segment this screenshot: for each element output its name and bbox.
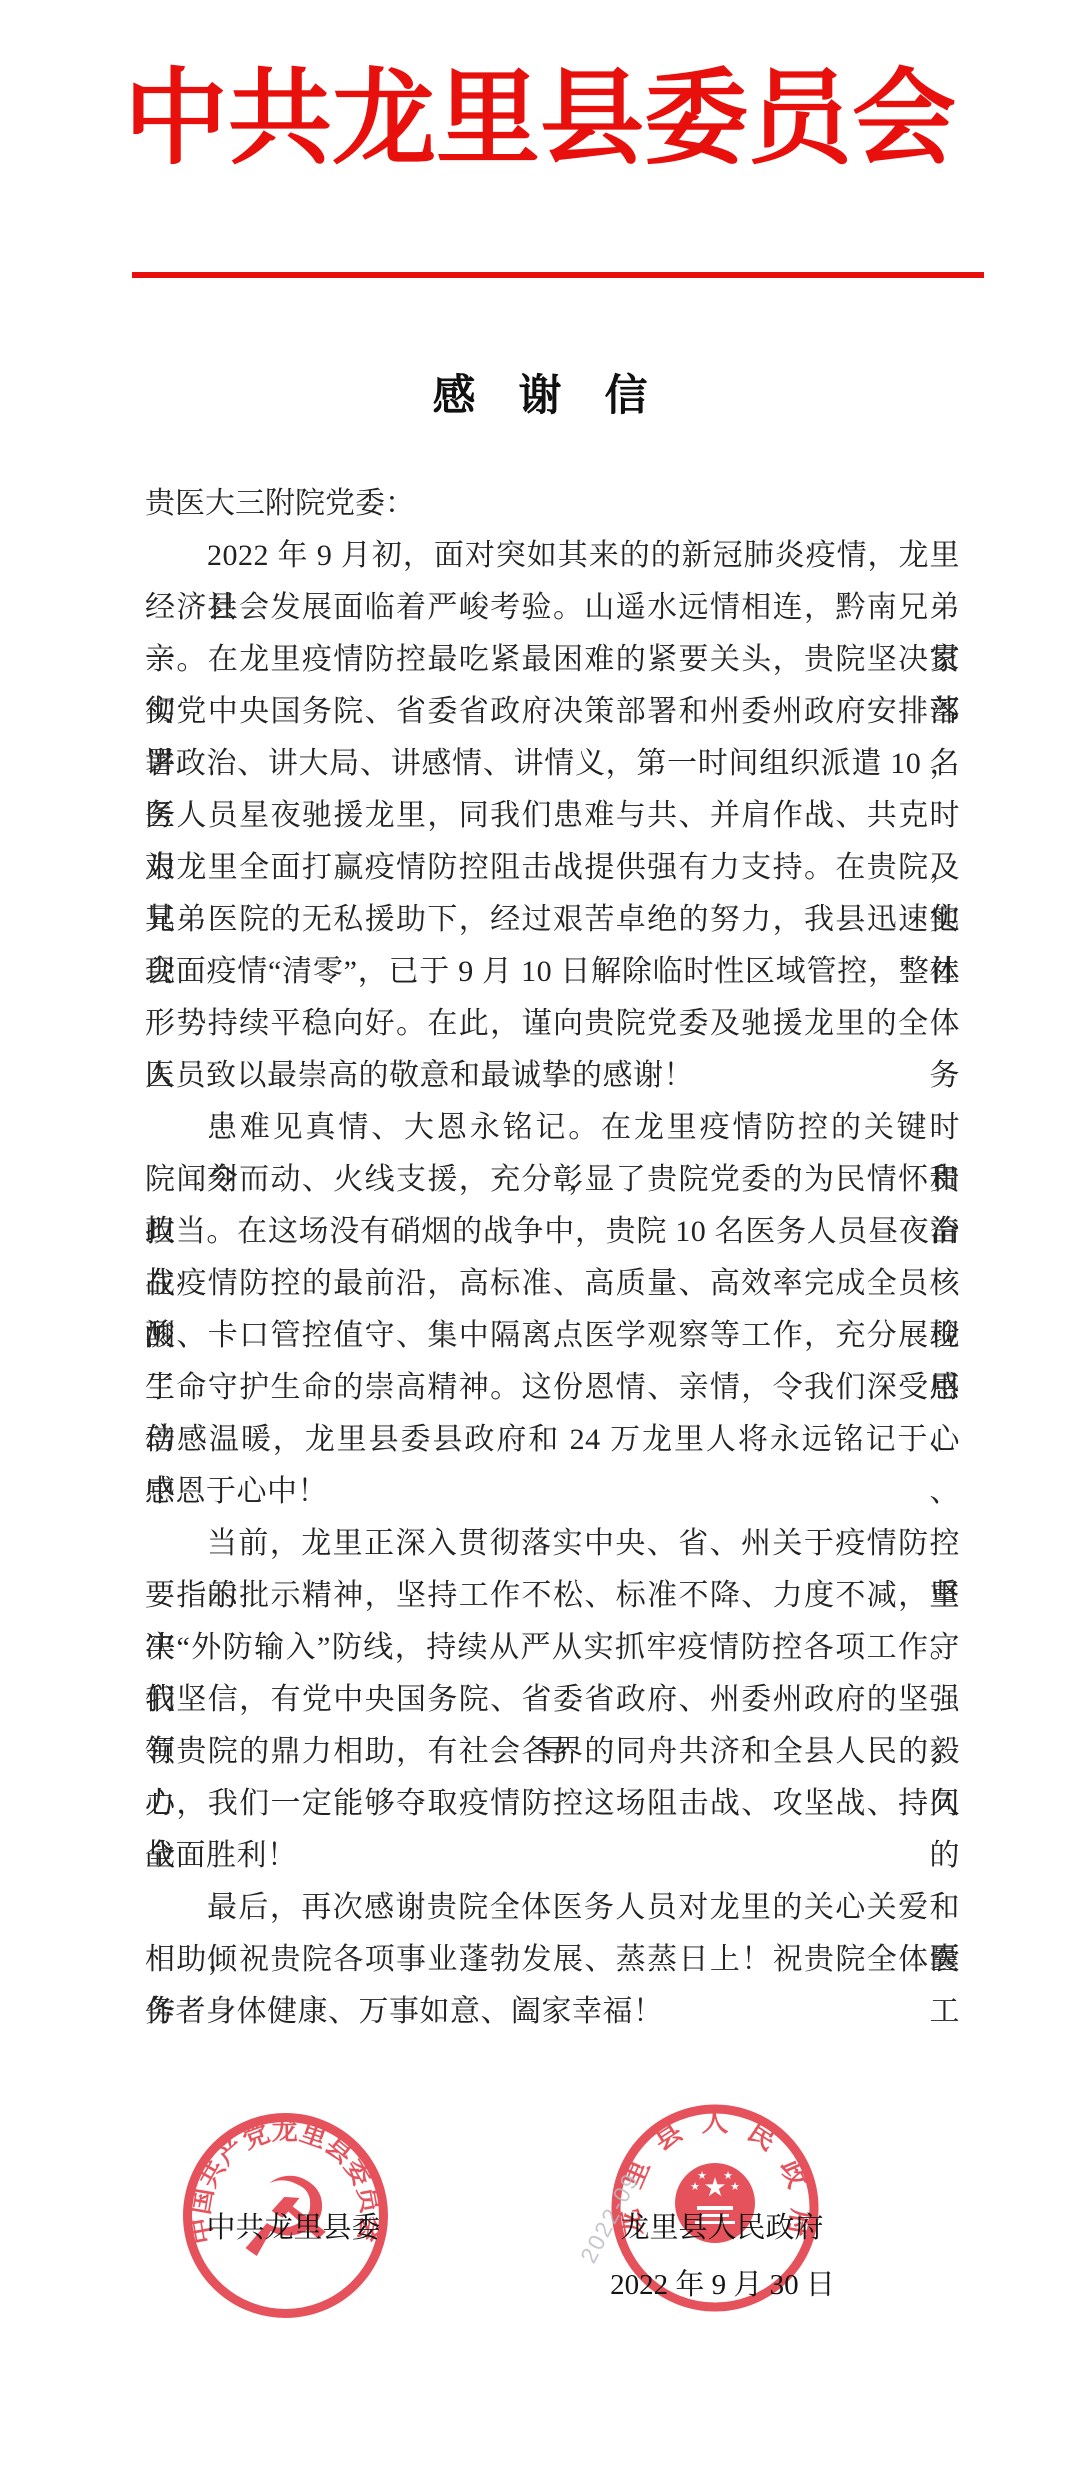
body-line: 生命守护生命的崇高精神。这份恩情、亲情，令我们深受感动、 [145, 1362, 960, 1414]
svg-text:★: ★ [730, 2180, 740, 2193]
body-line: 亲。在龙里疫情防控最吃紧最困难的紧要关头，贵院坚决贯彻落 [145, 634, 960, 686]
body-line: 2022 年 9 月初，面对突如其来的的新冠肺炎疫情，龙里县 [145, 530, 960, 582]
body-line: 形势持续平稳向好。在此，谨向贵院党委及驰援龙里的全体医务 [145, 998, 960, 1050]
body-line: 患难见真情、大恩永铭记。在龙里疫情防控的关键时刻，贵 [145, 1102, 960, 1154]
letterhead-divider-rule [132, 272, 984, 278]
body-line: 有贵院的鼎力相助，有社会各界的同舟共济和全县人民的毅力同 [145, 1726, 960, 1778]
body-line: 测、卡口管控值守、集中隔离点医学观察等工作，充分展现了用 [145, 1310, 960, 1362]
body-line: 会面疫情“清零”，已于 9 月 10 日解除临时性区域管控，整体 [145, 946, 960, 998]
body-line: 要指示批示精神，坚持工作不松、标准不降、力度不减，坚决守 [145, 1570, 960, 1622]
body-line: 牢“外防输入”防线，持续从严从实抓牢疫情防控各项工作。我 [145, 1622, 960, 1674]
body-line: 最后，再次感谢贵院全体医务人员对龙里的关心关爱和倾囊 [145, 1882, 960, 1934]
letter-body: 2022 年 9 月初，面对突如其来的的新冠肺炎疫情，龙里县 经济社会发展面临着… [145, 530, 960, 2038]
body-line: 务人员星夜驰援龙里，同我们患难与共、并肩作战、共克时艰， [145, 790, 960, 842]
body-line: 心，我们一定能够夺取疫情防控这场阻击战、攻坚战、持久战的 [145, 1778, 960, 1830]
body-line: 当前，龙里正深入贯彻落实中央、省、州关于疫情防控的重 [145, 1518, 960, 1570]
signature-date: 2022 年 9 月 30 日 [605, 2268, 840, 2302]
svg-text:★: ★ [697, 2169, 707, 2182]
body-line: 们坚信，有党中央国务院、省委省政府、州委州政府的坚强领导， [145, 1674, 960, 1726]
letter-title: 感 谢 信 [0, 362, 1080, 423]
body-line: 在疫情防控的最前沿，高标准、高质量、高效率完成全员核酸检 [145, 1258, 960, 1310]
body-line: 为龙里全面打赢疫情防控阻击战提供强有力支持。在贵院及其他 [145, 842, 960, 894]
letterhead-org-name: 中共龙里县委员会 [0, 52, 1080, 188]
body-line: 讲政治、讲大局、讲感情、讲情义，第一时间组织派遣 10 名医 [145, 738, 960, 790]
government-signature: 龙里县人民政府 [612, 2211, 832, 2245]
body-line: 倍感温暖，龙里县委县政府和 24 万龙里人将永远铭记于心中、 [145, 1414, 960, 1466]
body-line: 相助，祝贵院各项事业蓬勃发展、蒸蒸日上！祝贵院全体医务工 [145, 1934, 960, 1986]
body-line: 经济社会发展面临着严峻考验。山遥水远情相连，黔南兄弟一家 [145, 582, 960, 634]
letter-page: 中共龙里县委员会 感 谢 信 贵医大三附院党委： 2022 年 9 月初，面对突… [0, 0, 1080, 2491]
body-line: 兄弟医院的无私援助下，经过艰苦卓绝的努力，我县迅速实现社 [145, 894, 960, 946]
body-line: 担当。在这场没有硝烟的战争中，贵院 10 名医务人员昼夜奋战 [145, 1206, 960, 1258]
salutation: 贵医大三附院党委： [145, 478, 960, 530]
party-signature: 中共龙里县委 [186, 2211, 401, 2245]
body-line: 实党中央国务院、省委省政府决策部署和州委州政府安排部署， [145, 686, 960, 738]
body-line: 院闻令而动、火线支援，充分彰显了贵院党委的为民情怀和政治 [145, 1154, 960, 1206]
